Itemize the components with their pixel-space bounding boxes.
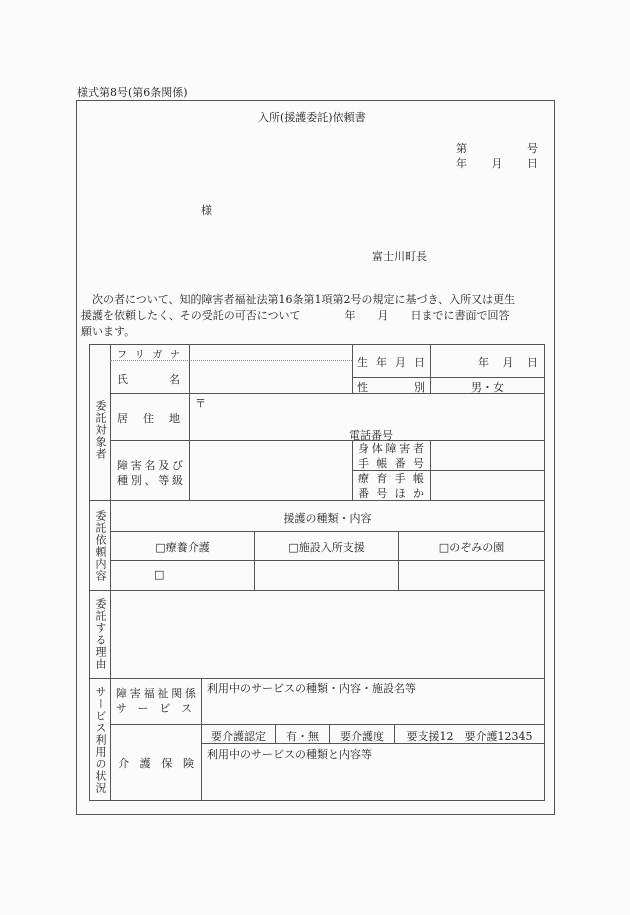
section-request-label: 委託依頼内容 bbox=[94, 510, 106, 582]
support-option-facility[interactable]: □施設入所支援 bbox=[255, 539, 398, 555]
sender-name: 富士川町長 bbox=[372, 248, 427, 264]
birth-date-field[interactable]: 年月日 bbox=[478, 354, 538, 370]
address-field[interactable] bbox=[190, 394, 543, 424]
issue-date: 年月日 bbox=[456, 155, 538, 171]
support-header: 援護の種類・内容 bbox=[111, 510, 544, 526]
disability-label: 障害名及び 種別、等級 bbox=[117, 458, 183, 488]
welfare-service-note: 利用中のサービスの種類・内容・施設名等 bbox=[207, 680, 416, 696]
name-label: 氏名 bbox=[117, 371, 180, 387]
care-insurance-label: 介護保険 bbox=[118, 755, 194, 771]
welfare-service-field[interactable] bbox=[202, 695, 543, 723]
rehab-book-field[interactable] bbox=[431, 471, 543, 499]
addressee-suffix: 様 bbox=[201, 202, 212, 218]
document-title: 入所(援護委託)依頼書 bbox=[258, 109, 366, 125]
request-body: 次の者について、知的障害者福祉法第16条第1項第2号の規定に基づき、入所又は更生… bbox=[81, 292, 515, 340]
care-service-note: 利用中のサービスの種類と内容等 bbox=[207, 746, 372, 762]
birth-label: 生年月日 bbox=[357, 354, 425, 370]
doc-number: 第号 bbox=[456, 140, 538, 156]
rehab-book-label: 療育手帳 番号ほか bbox=[358, 471, 424, 501]
name-field[interactable] bbox=[190, 362, 351, 392]
care-service-field[interactable] bbox=[202, 761, 543, 799]
support-option-nozomi[interactable]: □のぞみの園 bbox=[399, 539, 544, 555]
care-cert-label: 要介護認定 bbox=[202, 728, 275, 744]
support-option-other-checkbox[interactable]: □ bbox=[154, 568, 164, 581]
section-subject-label: 委託対象者 bbox=[94, 400, 106, 460]
reason-field[interactable] bbox=[111, 591, 543, 677]
welfare-service-label: 障害福祉関係 サービス bbox=[116, 686, 196, 716]
disability-field[interactable] bbox=[190, 441, 351, 499]
furigana-label: フリガナ bbox=[117, 346, 180, 361]
furigana-field[interactable] bbox=[190, 345, 351, 360]
physical-book-label: 身体障害者 手帳番号 bbox=[358, 441, 424, 471]
section-reason-label: 委託する理由 bbox=[94, 598, 106, 670]
care-level-value[interactable]: 要支援12 要介護12345 bbox=[395, 728, 544, 744]
section-service-label: サービス利用の状況 bbox=[94, 686, 106, 794]
sex-label: 性別 bbox=[357, 379, 425, 395]
address-label: 居住地 bbox=[117, 410, 180, 426]
support-option-care[interactable]: □療養介護 bbox=[111, 539, 254, 555]
support-other-field[interactable] bbox=[255, 561, 543, 589]
physical-book-field[interactable] bbox=[431, 441, 543, 469]
care-cert-value[interactable]: 有・無 bbox=[276, 728, 329, 744]
form-number: 様式第8号(第6条関係) bbox=[77, 84, 188, 100]
care-level-label: 要介護度 bbox=[330, 728, 394, 744]
sex-field[interactable]: 男・女 bbox=[431, 379, 544, 395]
